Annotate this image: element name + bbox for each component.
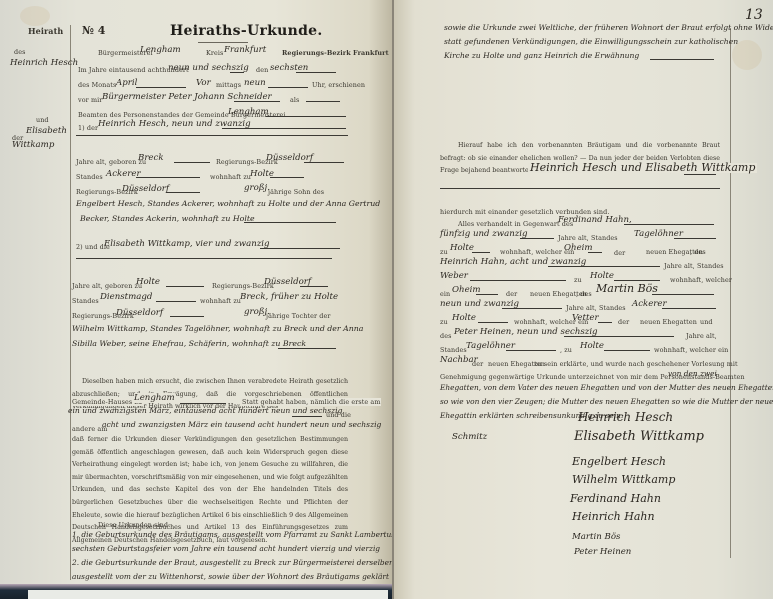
right-margin-rule xyxy=(730,28,731,558)
groom-stand-label: Standes xyxy=(76,173,103,181)
office-value: Lengham xyxy=(140,45,181,55)
page-number: 13 xyxy=(745,10,763,20)
witness4-des: des xyxy=(440,332,451,340)
witness3-age-label: Jahre alt, Standes xyxy=(566,304,626,312)
witness2-der: der xyxy=(506,290,517,298)
und-die-label: und die xyxy=(326,411,351,419)
witness1-name: Ferdinand Hahn, xyxy=(558,215,632,225)
witness4-stand-label: Standes xyxy=(440,346,467,354)
witness1-age-label: Jahre alt, Standes xyxy=(558,234,618,242)
bride-value: Elisabeth Wittkamp, vier und zwanzig xyxy=(104,239,270,249)
witness3-neuen: neuen Ehegatten xyxy=(640,318,697,326)
signature-witness2: Heinrich Hahn xyxy=(572,512,655,522)
bride-age-label: Jahre alt, geboren zu xyxy=(72,282,142,290)
groom-parents-line1: Engelbert Hesch, Standes Ackerer, wohnha… xyxy=(76,199,380,209)
witness1-der: der xyxy=(614,249,625,257)
margin-bride-last: Wittkamp xyxy=(12,140,54,150)
signature-witness4: Peter Heinen xyxy=(574,547,631,557)
witness2-age-label: Jahre alt, Standes xyxy=(664,262,724,270)
margin-heading: Heirath xyxy=(28,27,63,35)
groom-wohn-label: wohnhaft zu xyxy=(210,173,251,181)
gemeinde-value: Lengham xyxy=(134,393,175,403)
bride-stand-value: Dienstmagd xyxy=(100,292,152,302)
document1-line1: 1. die Geburtsurkunde des Bräutigams, au… xyxy=(72,530,392,540)
margin-groom-name: Heinrich Hesch xyxy=(10,58,78,68)
groom-age-label: Jahre alt, geboren zu xyxy=(76,158,146,166)
margin-und-label: und xyxy=(36,116,49,124)
bride-daughter-label: jährige Tochter der xyxy=(266,312,330,320)
groom-parents-line2: Becker, Standes Ackerin, wohnhaft zu Hol… xyxy=(80,214,255,224)
witness2-stand: Weber xyxy=(440,271,468,281)
vor-mir-label: vor mir xyxy=(78,96,102,104)
signature-bride: Elisabeth Wittkamp xyxy=(574,432,704,442)
signing-note2: Ehegatten, von dem Vater des neuen Ehega… xyxy=(440,383,773,393)
signature-witness3: Martin Bös xyxy=(572,532,620,542)
witness2-wohn-label: wohnhaft, welcher xyxy=(670,276,732,284)
witness3-place: Holte xyxy=(452,313,476,323)
continuation-line1: sowie die Urkunde zwei Weltliche, der fr… xyxy=(444,23,773,33)
witness4-der: der xyxy=(472,360,483,368)
right-page: 13 sowie die Urkunde zwei Weltliche, der… xyxy=(392,0,773,599)
document2-line2: ausgestellt vom der zu Wittenhorst, sowi… xyxy=(72,572,389,582)
groom-son-label: jährige Sohn des xyxy=(268,188,324,196)
kreis-label: Kreis xyxy=(206,49,223,57)
time-value: neun xyxy=(244,78,266,88)
signature-groom: Heinrich Hesch xyxy=(578,412,673,422)
time-label: mittags xyxy=(216,81,241,89)
day-label: den xyxy=(256,66,268,74)
continuation-line2: statt gefundenen Verkündigungen, die Ein… xyxy=(444,37,738,47)
witness4-place: Holte xyxy=(580,341,604,351)
book-gutter xyxy=(392,0,394,599)
witness2-zu: zu xyxy=(574,276,582,284)
uhr-label: Uhr, erschienen xyxy=(312,81,365,89)
stattgefunden-label: Statt gehabt haben, nämlich die erste am xyxy=(240,398,381,406)
groom-bezirk2-value: Düsseldorf xyxy=(122,184,169,194)
witness1-zu: zu xyxy=(440,248,448,256)
left-page: Heirath des Heinrich Hesch und der Elisa… xyxy=(0,0,392,584)
witness2-ein: ein xyxy=(440,290,450,298)
witness3-zu: zu xyxy=(440,318,448,326)
witness3-relation: Vetter xyxy=(572,313,599,323)
signing-note1: von den zwei xyxy=(668,369,717,379)
bride-wohn-label: wohnhaft zu xyxy=(200,297,241,305)
bride-stand-label: Standes xyxy=(72,297,99,305)
urkunden-label: Diese Urkunden sind: xyxy=(98,521,170,529)
official-signature: Schmitz xyxy=(452,432,487,442)
groom-son-prefix: großj. xyxy=(244,183,270,193)
month-label: des Monats xyxy=(78,81,116,89)
witness3-und: und xyxy=(700,318,713,326)
margin-bride-first: Elisabeth xyxy=(26,126,67,136)
document2-line1: 2. die Geburtsurkunde der Braut, ausgest… xyxy=(72,558,392,568)
month-value: April xyxy=(116,78,137,88)
witness1-des: , des xyxy=(690,248,706,256)
witness4-age-label: Jahre alt, xyxy=(686,332,717,340)
als-label: als xyxy=(290,96,299,104)
bride-birthplace: Holte xyxy=(136,277,160,287)
groom-label: 1) der xyxy=(78,124,98,132)
signature-bride-father: Wilhelm Wittkamp xyxy=(572,475,675,485)
witness4-wohn-label: wohnhaft, welcher ein xyxy=(654,346,728,354)
margin-der-label: des xyxy=(14,48,25,56)
record-number: № 4 xyxy=(82,26,105,36)
bride-parents-line1: Wilhelm Wittkamp, Standes Tagelöhner, wo… xyxy=(72,324,363,334)
in-presence-label: Alles verhandelt in Gegenwart des xyxy=(458,220,573,228)
document1-line2: sechsten Geburtstagsfeier vom Jahre ein … xyxy=(72,544,380,554)
second-announcement-date: acht und zwanzigsten März ein tausend ac… xyxy=(102,420,381,430)
time-prefix: Vor xyxy=(196,78,211,88)
continuation-line3: Kirche zu Holte und ganz Heinrich die Er… xyxy=(444,51,639,61)
kreis-value: Frankfurt xyxy=(224,45,266,55)
margin-rule xyxy=(70,25,71,580)
witness1-age: fünfzig und zwanzig xyxy=(440,229,528,239)
beamten-value: Lengham xyxy=(228,107,269,117)
signature-groom-father: Engelbert Hesch xyxy=(572,457,666,467)
witness3-der: der xyxy=(618,318,629,326)
witness3-name: Martin Bös xyxy=(596,284,658,294)
groom-birthplace: Breck xyxy=(138,153,164,163)
witness4-zu: , zu xyxy=(560,346,572,354)
bride-parents-line2: Sibilla Weber, seine Ehefrau, Schäferin,… xyxy=(72,339,306,349)
register-book: Heirath des Heinrich Hesch und der Elisa… xyxy=(0,0,773,599)
bezirk-label: Regierungs-Bezirk Frankfurt xyxy=(282,49,389,57)
bride-wohn-value: Breck, früher zu Holte xyxy=(240,292,338,302)
witness2-place: Holte xyxy=(590,271,614,281)
first-announcement-date: ein und zwanzigsten März, eintausend ach… xyxy=(68,406,342,416)
witness1-place: Holte xyxy=(450,243,474,253)
document-title: Heiraths-Urkunde. xyxy=(170,23,323,39)
couple-names: Heinrich Hesch und Elisabeth Wittkamp xyxy=(528,163,757,173)
signature-witness1: Ferdinand Hahn xyxy=(570,494,661,504)
bride-bezirk2-value: Düsseldorf xyxy=(116,308,163,318)
signing-note3: so wie von den vier Zeugen; die Mutter d… xyxy=(440,397,773,407)
zu-sein-line: zu sein erklärte, und wurde nach gescheh… xyxy=(534,360,738,368)
witness3-des: , des xyxy=(576,290,592,298)
